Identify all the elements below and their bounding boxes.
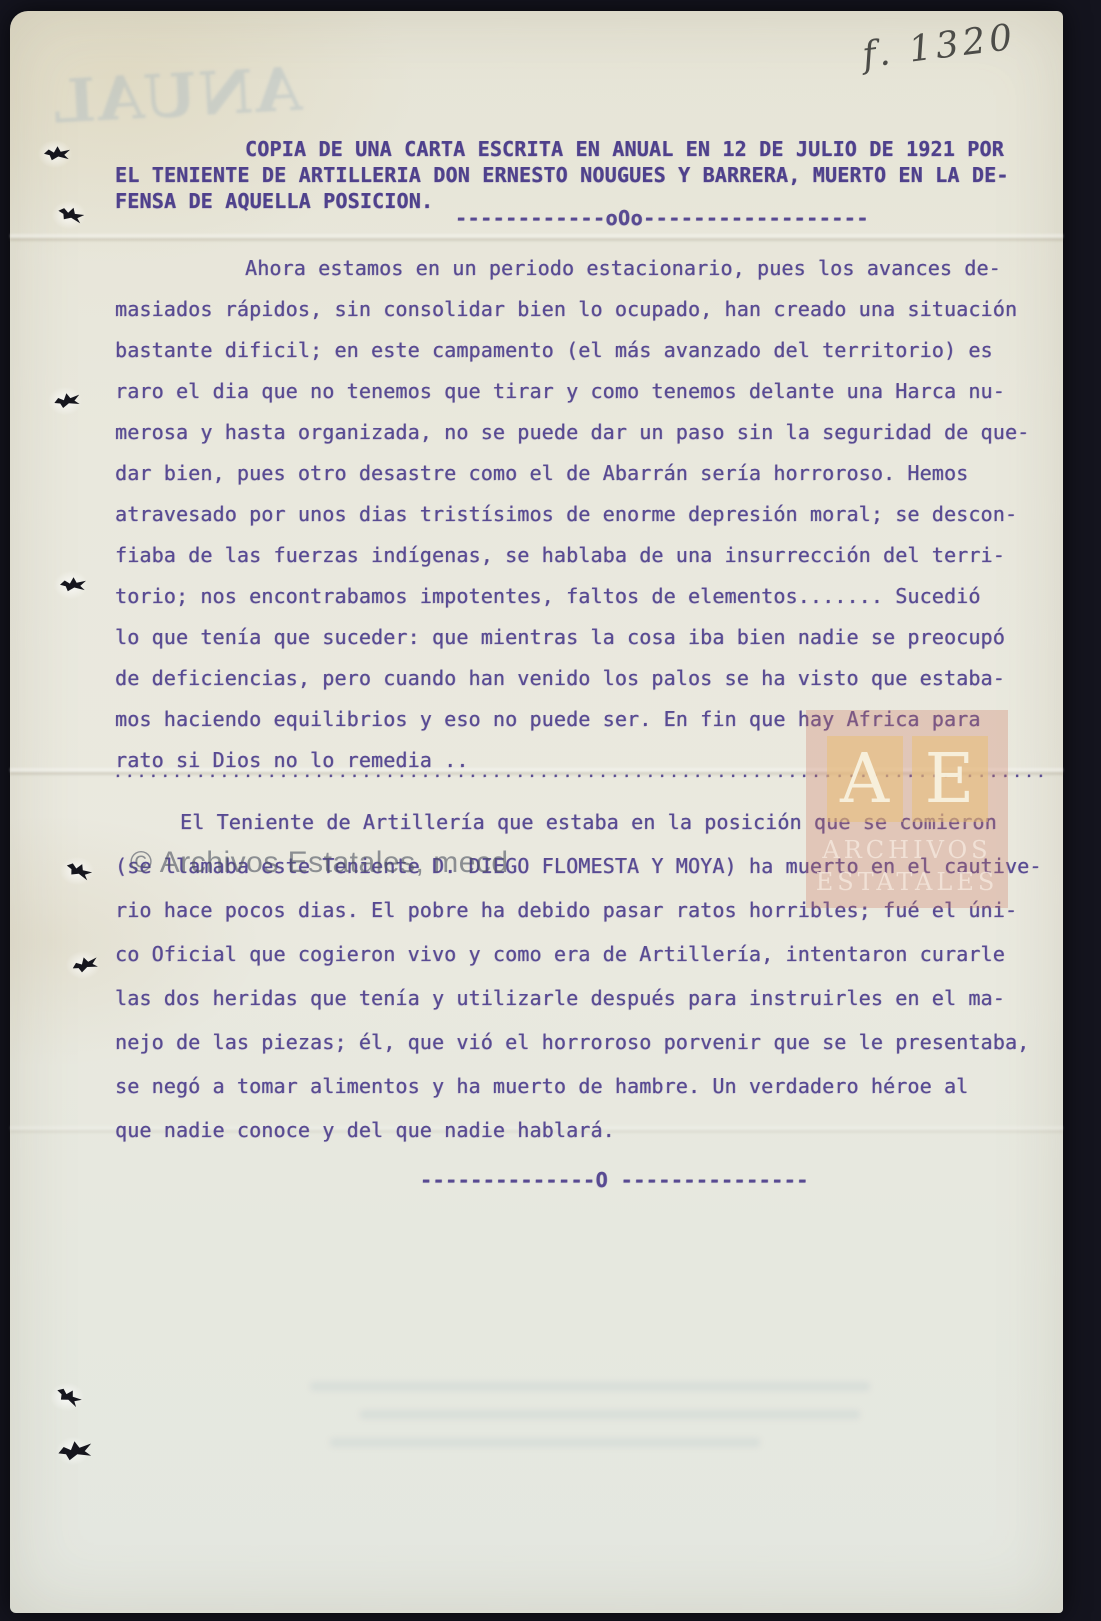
- text-line: Ahora estamos en un periodo estacionario…: [115, 248, 1045, 289]
- text-line: torio; nos encontrabamos impotentes, fal…: [115, 576, 1045, 617]
- text-line: dar bien, pues otro desastre como el de …: [115, 453, 1045, 494]
- text-line: merosa y hasta organizada, no se puede d…: [115, 412, 1045, 453]
- logo-caption-estatales: ESTATALES: [806, 868, 1008, 896]
- copyright-watermark: © Archivos Estatales, mecd: [130, 846, 509, 880]
- letter-heading: COPIA DE UNA CARTA ESCRITA EN ANUAL EN 1…: [115, 136, 1045, 214]
- heading-line: EL TENIENTE DE ARTILLERIA DON ERNESTO NO…: [115, 162, 1045, 188]
- text-line: bastante dificil; en este campamento (el…: [115, 330, 1045, 371]
- ooo-separator: ------------oOo------------------: [455, 206, 869, 230]
- logo-tiles: A E: [806, 736, 1008, 822]
- letter-paragraph-1: Ahora estamos en un periodo estacionario…: [115, 248, 1045, 781]
- text-line: fiaba de las fuerzas indígenas, se habla…: [115, 535, 1045, 576]
- bleedthrough-text: ANUAL: [20, 55, 303, 140]
- logo-letter-e: E: [912, 736, 988, 822]
- text-line: lo que tenía que suceder: que mientras l…: [115, 617, 1045, 658]
- scan-stage: ANUAL f. 1320 COPIA DE UNA CARTA ESCRITA…: [0, 0, 1101, 1621]
- bleedthrough-line: [360, 1410, 860, 1419]
- end-separator: --------------O ---------------: [420, 1168, 809, 1192]
- text-line: co Oficial que cogieron vivo y como era …: [115, 932, 1045, 976]
- text-line: raro el dia que no tenemos que tirar y c…: [115, 371, 1045, 412]
- text-line: de deficiencias, pero cuando han venido …: [115, 658, 1045, 699]
- text-line: atravesado por unos dias tristísimos de …: [115, 494, 1045, 535]
- logo-letter-a: A: [827, 736, 903, 822]
- logo-caption-archivos: ARCHIVOS: [806, 836, 1008, 864]
- text-line: las dos heridas que tenía y utilizarle d…: [115, 976, 1045, 1020]
- bleedthrough-line: [330, 1438, 760, 1447]
- archivos-estatales-logo: A E ARCHIVOS ESTATALES: [806, 710, 1008, 908]
- text-line: masiados rápidos, sin consolidar bien lo…: [115, 289, 1045, 330]
- text-line: que nadie conoce y del que nadie hablará…: [115, 1108, 1045, 1152]
- text-line: nejo de las piezas; él, que vió el horro…: [115, 1020, 1045, 1064]
- bleedthrough-line: [310, 1382, 870, 1391]
- heading-line: COPIA DE UNA CARTA ESCRITA EN ANUAL EN 1…: [115, 136, 1045, 162]
- text-line: se negó a tomar alimentos y ha muerto de…: [115, 1064, 1045, 1108]
